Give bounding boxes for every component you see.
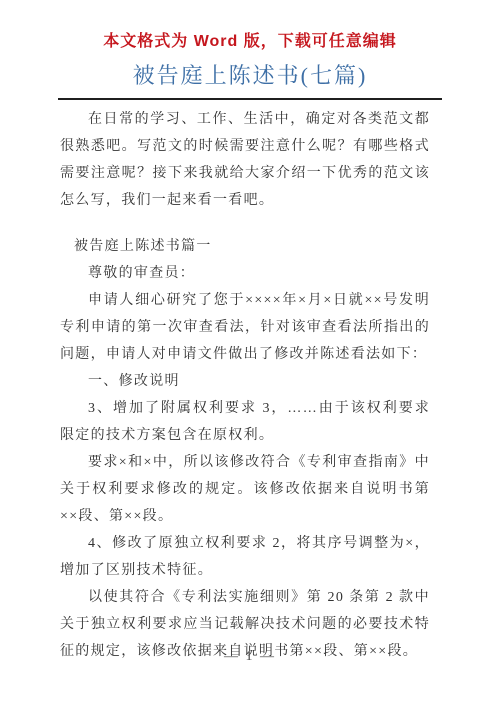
page-number: — 1 — — [0, 649, 500, 665]
body-paragraph: 要求×和×中，所以该修改符合《专利审查指南》中关于权利要求修改的规定。该修改依据… — [60, 449, 430, 530]
document-body: 在日常的学习、工作、生活中，确定对各类范文都很熟悉吧。写范文的时候需要注意什么呢… — [0, 100, 500, 665]
body-paragraph: 3、增加了附属权利要求 3，……由于该权利要求限定的技术方案包含在原权利。 — [60, 395, 430, 449]
body-paragraph: 一、修改说明 — [60, 368, 430, 395]
body-paragraph: 4、修改了原独立权利要求 2，将其序号调整为×，增加了区别技术特征。 — [60, 530, 430, 584]
body-paragraph: 申请人细心研究了您于××××年×月×日就××号发明专利申请的第一次审查看法，针对… — [60, 287, 430, 368]
intro-paragraph: 在日常的学习、工作、生活中，确定对各类范文都很熟悉吧。写范文的时候需要注意什么呢… — [60, 106, 430, 214]
section-heading: 被告庭上陈述书篇一 — [60, 233, 430, 260]
page-title: 被告庭上陈述书(七篇) — [0, 52, 500, 91]
format-notice: 本文格式为 Word 版，下载可任意编辑 — [0, 0, 500, 52]
document-page: 本文格式为 Word 版，下载可任意编辑 被告庭上陈述书(七篇) 在日常的学习、… — [0, 0, 500, 707]
page-header: 本文格式为 Word 版，下载可任意编辑 被告庭上陈述书(七篇) — [0, 0, 500, 100]
salutation-paragraph: 尊敬的审查员： — [60, 260, 430, 287]
